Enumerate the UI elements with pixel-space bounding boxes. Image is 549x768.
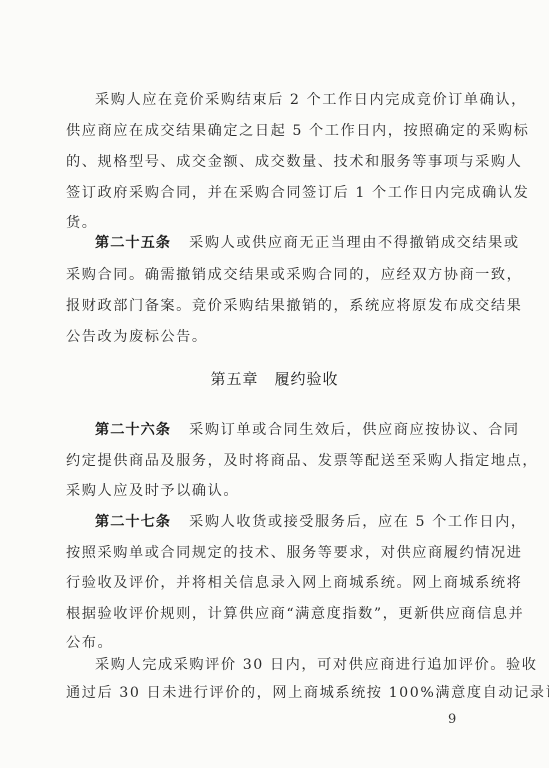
paragraph-1-line-3: 的、规格型号、成交金额、成交数量、技术和服务等事项与采购人 — [66, 152, 486, 172]
paragraph-1-line-1: 采购人应在竞价采购结束后 2 个工作日内完成竞价订单确认， — [95, 90, 515, 110]
page-number: 9 — [448, 712, 456, 727]
article-27-label: 第二十七条 — [95, 514, 171, 530]
article-26-line-1: 采购订单或合同生效后，供应商应按协议、合同 — [189, 422, 520, 438]
paragraph-1-line-4: 签订政府采购合同，并在采购合同签订后 1 个工作日内完成确认发 — [66, 183, 486, 203]
article-25-first-line: 第二十五条 采购人或供应商无正当理由不得撤销成交结果或 — [95, 233, 515, 253]
article-25-line-4: 公告改为废标公告。 — [66, 327, 486, 347]
paragraph-last-line-2: 通过后 30 日未进行评价的，网上商城系统按 100%满意度自动记录该 — [66, 683, 486, 703]
paragraph-last-line-1: 采购人完成采购评价 30 日内，可对供应商进行追加评价。验收 — [95, 655, 515, 675]
article-26-label: 第二十六条 — [95, 422, 171, 438]
article-27-line-5: 公布。 — [66, 633, 486, 653]
paragraph-1-line-2: 供应商应在成交结果确定之日起 5 个工作日内，按照确定的采购标 — [66, 121, 486, 141]
article-27-line-4: 根据验收评价规则，计算供应商“满意度指数”，更新供应商信息并 — [66, 604, 486, 624]
chapter-heading: 第五章 履约验收 — [0, 368, 549, 389]
article-25-label: 第二十五条 — [95, 235, 171, 251]
paragraph-1-line-5: 货。 — [66, 213, 486, 233]
article-25-line-1: 采购人或供应商无正当理由不得撤销成交结果或 — [189, 235, 520, 251]
article-26-line-3: 采购人应及时予以确认。 — [66, 481, 486, 501]
article-26-first-line: 第二十六条 采购订单或合同生效后，供应商应按协议、合同 — [95, 420, 515, 440]
article-26-line-2: 约定提供商品及服务，及时将商品、发票等配送至采购人指定地点， — [66, 451, 486, 471]
article-27-line-2: 按照采购单或合同规定的技术、服务等要求，对供应商履约情况进 — [66, 543, 486, 563]
document-page: 采购人应在竞价采购结束后 2 个工作日内完成竞价订单确认， 供应商应在成交结果确… — [0, 0, 549, 768]
article-27-line-3: 行验收及评价，并将相关信息录入网上商城系统。网上商城系统将 — [66, 573, 486, 593]
article-27-line-1: 采购人收货或接受服务后，应在 5 个工作日内， — [189, 514, 526, 530]
article-27-first-line: 第二十七条 采购人收货或接受服务后，应在 5 个工作日内， — [95, 512, 515, 532]
article-25-line-3: 报财政部门备案。竞价采购结果撤销的，系统应将原发布成交结果 — [66, 296, 486, 316]
article-25-line-2: 采购合同。确需撤销成交结果或采购合同的，应经双方协商一致， — [66, 265, 486, 285]
